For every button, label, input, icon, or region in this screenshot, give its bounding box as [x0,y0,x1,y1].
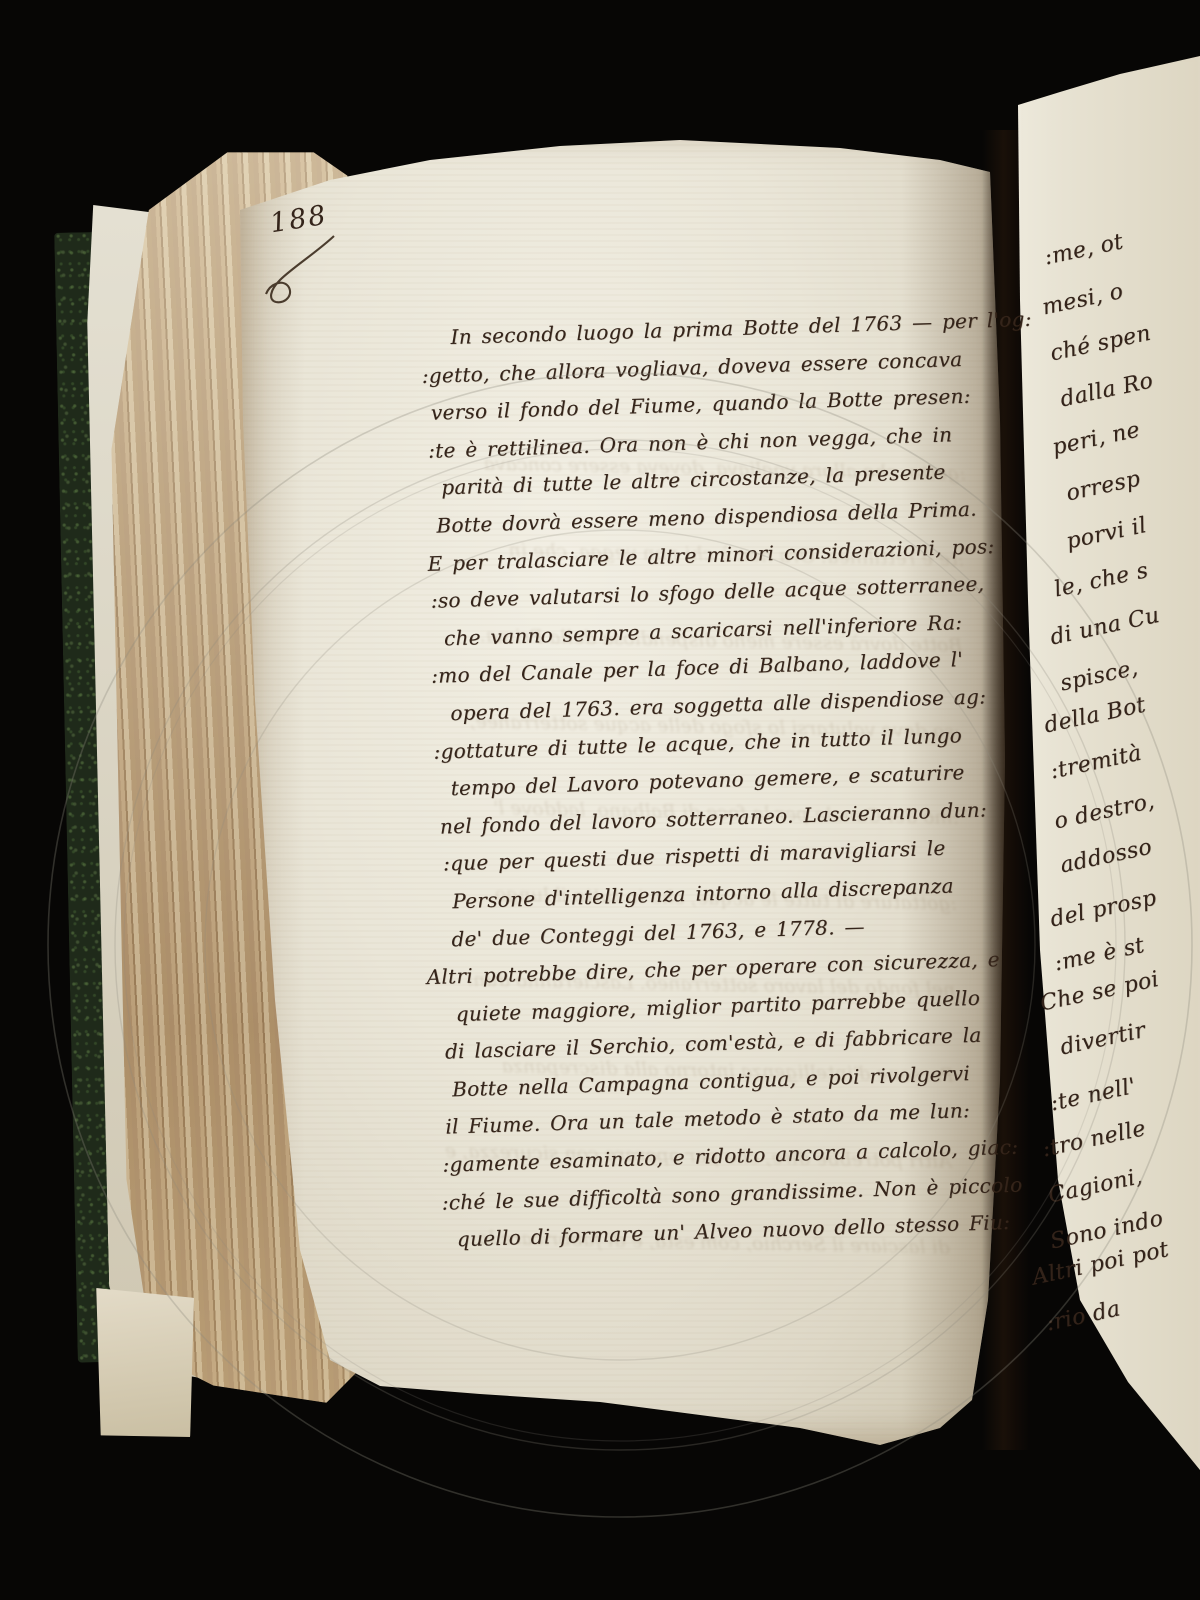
open-book-photograph: :getto, che allora vogliava, doveva esse… [0,0,1200,1600]
page-number-flourish [262,230,362,310]
manuscript-text-block: In secondo luogo la prima Botte del 1763… [420,302,1024,1259]
